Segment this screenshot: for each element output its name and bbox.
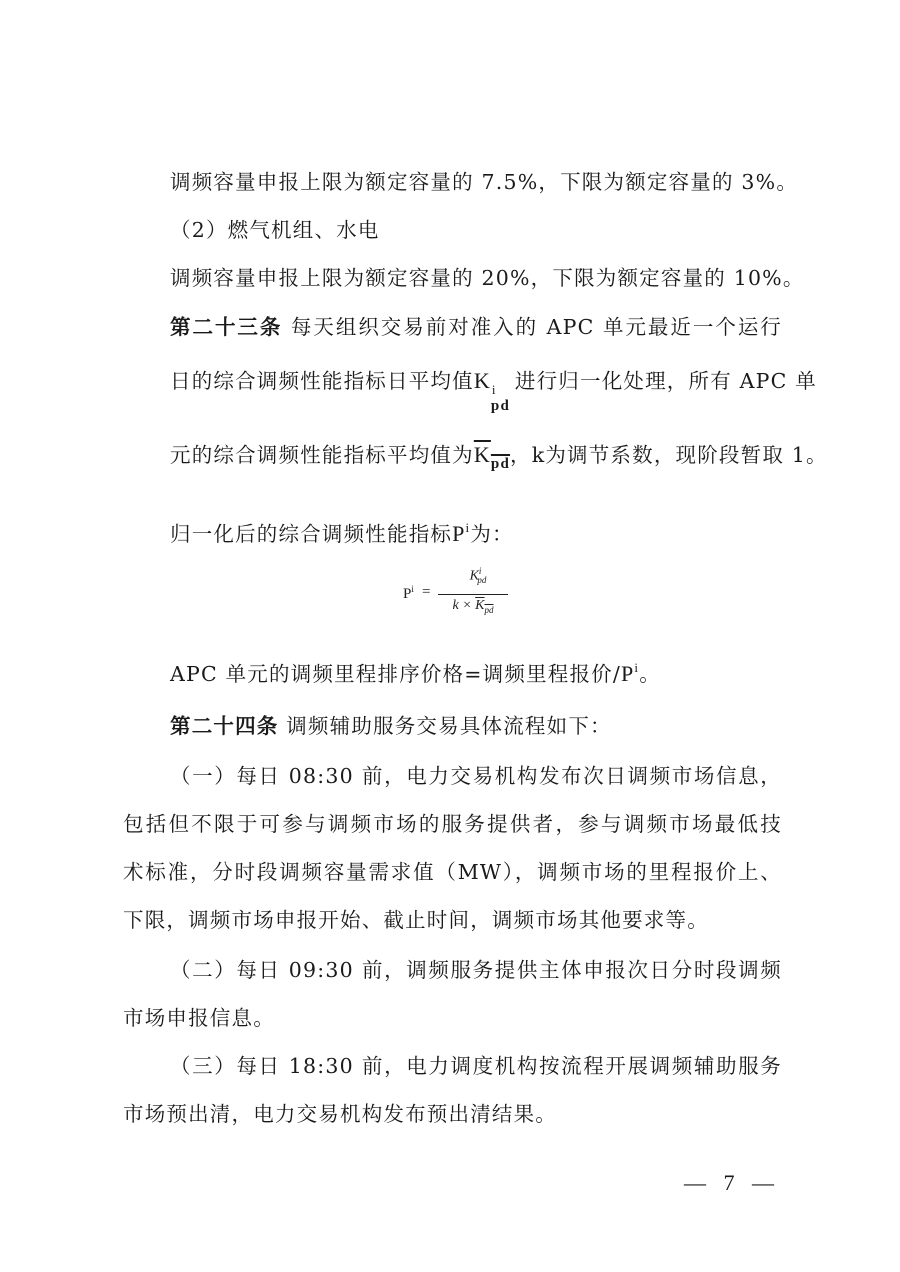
article-23-line-1: 第二十三条 每天组织交易前对准入的 APC 单元最近一个运行 <box>170 313 782 341</box>
article-23-line-4: 归一化后的综合调频性能指标Pi为： <box>170 514 782 548</box>
text-segment: 进行归一化处理，所有 APC 单 <box>515 369 817 393</box>
kpd-i-symbol: Kipd <box>474 368 509 393</box>
text-segment: 为： <box>470 522 513 546</box>
p-i-symbol: Pi <box>621 661 639 686</box>
text-segment: APC 单元的调频里程排序价格=调频里程报价/ <box>170 662 621 686</box>
fraction-bar <box>438 594 508 595</box>
step-3-line-2: 市场预出清，电力交易机构发布预出清结果。 <box>123 1100 735 1128</box>
normalization-formula: Pi = Kipd k × Kpd <box>398 566 508 626</box>
step-1-line-4: 下限，调频市场申报开始、截止时间，调频市场其他要求等。 <box>123 906 735 934</box>
article-24-line: 第二十四条 调频辅助服务交易具体流程如下： <box>170 712 782 740</box>
step-1-line-2: 包括但不限于可参与调频市场的服务提供者，参与调频市场最低技 <box>123 810 782 838</box>
text-segment: ，k为调节系数，现阶段暂取 1。 <box>510 443 828 467</box>
text-segment: 元的综合调频性能指标平均值为 <box>170 443 474 467</box>
text-segment: 归一化后的综合调频性能指标 <box>170 522 452 546</box>
article-label: 第二十三条 <box>170 315 282 339</box>
step-2-line-1: （二）每日 09:30 前，调频服务提供主体申报次日分时段调频 <box>170 956 782 984</box>
sort-price-line: APC 单元的调频里程排序价格=调频里程报价/Pi。 <box>170 654 782 688</box>
formula-denominator: k × Kpd <box>438 598 508 615</box>
paragraph-line: （2）燃气机组、水电 <box>170 216 782 244</box>
step-1-line-1: （一）每日 08:30 前，电力交易机构发布次日调频市场信息， <box>170 762 782 790</box>
formula-equals: = <box>422 584 430 601</box>
p-i-symbol: Pi <box>452 521 470 546</box>
formula-numerator: Kipd <box>450 566 506 585</box>
text-segment: 。 <box>639 662 661 686</box>
article-text: 每天组织交易前对准入的 APC 单元最近一个运行 <box>291 315 782 339</box>
paragraph-line: 调频容量申报上限为额定容量的 20%，下限为额定容量的 10%。 <box>170 264 782 292</box>
kpd-bar-symbol: Kpd <box>474 442 510 467</box>
step-2-line-2: 市场申报信息。 <box>123 1004 735 1032</box>
step-1-line-3: 术标准，分时段调频容量需求值（MW），调频市场的里程报价上、 <box>123 858 782 886</box>
paragraph-line: 调频容量申报上限为额定容量的 7.5%，下限为额定容量的 3%。 <box>170 168 782 196</box>
page-number: — 7 — <box>684 1170 780 1196</box>
article-23-line-3: 元的综合调频性能指标平均值为Kpd，k为调节系数，现阶段暂取 1。 <box>170 441 782 478</box>
formula-lhs: Pi <box>403 584 414 603</box>
step-3-line-1: （三）每日 18:30 前，电力调度机构按流程开展调频辅助服务 <box>170 1052 782 1080</box>
article-23-line-2: 日的综合调频性能指标日平均值Kipd进行归一化处理，所有 APC 单 <box>170 367 782 395</box>
article-text: 调频辅助服务交易具体流程如下： <box>286 714 612 738</box>
text-segment: 日的综合调频性能指标日平均值 <box>170 369 474 393</box>
article-label: 第二十四条 <box>170 714 279 738</box>
